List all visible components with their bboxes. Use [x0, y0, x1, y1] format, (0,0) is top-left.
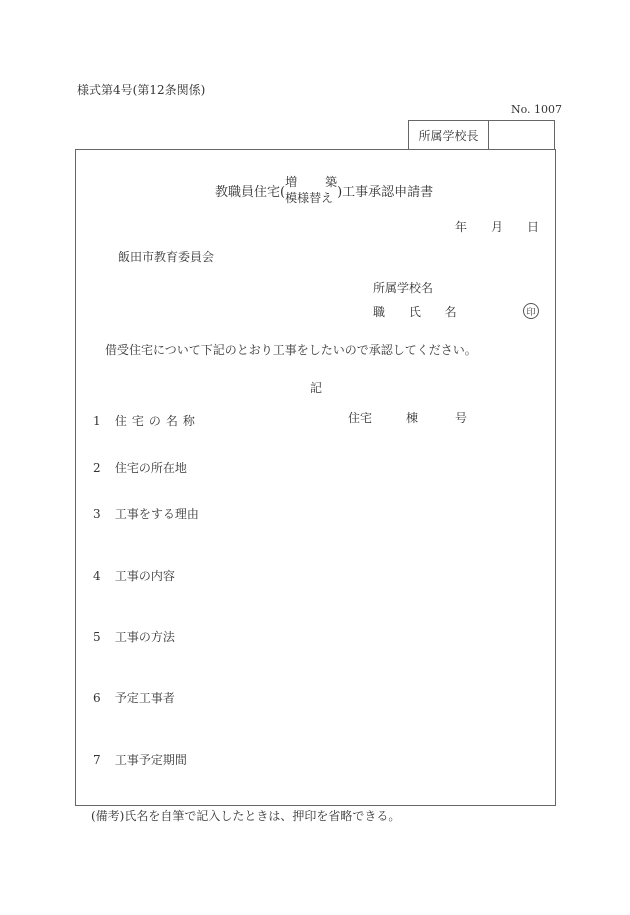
item-planned-contractor: 6 予定工事者	[93, 689, 175, 706]
document-number: No. 1007	[511, 104, 562, 115]
date-row: 年 月 日	[455, 221, 539, 233]
item-construction-reason: 3 工事をする理由	[93, 505, 199, 522]
item-house-name: 1 住宅の名称	[93, 412, 200, 429]
title-option-moyougae: 模様替え	[285, 190, 337, 206]
field-mune: 棟	[406, 412, 418, 424]
title-options: 増 築 模様替え	[285, 174, 337, 206]
approval-box: 所属学校長	[408, 120, 555, 149]
footnote: (備考)氏名を自筆で記入したときは、押印を省略できる。	[91, 810, 400, 822]
field-gou: 号	[455, 412, 467, 424]
field-jutaku: 住宅	[348, 412, 372, 424]
request-text: 借受住宅について下記のとおり工事をしたいので承認してください。	[105, 344, 477, 356]
title-suffix: )工事承認申請書	[337, 181, 433, 200]
title-prefix: 教職員住宅(	[215, 181, 285, 200]
ki-heading: 記	[310, 382, 322, 394]
title-option-chiku: 築	[325, 174, 337, 190]
seal-mark-icon: 印	[523, 303, 539, 319]
item-construction-details: 4 工事の内容	[93, 567, 175, 584]
addressee: 飯田市教育委員会	[118, 251, 214, 263]
house-name-fields: 住宅 棟 号	[348, 412, 467, 424]
item-house-location: 2 住宅の所在地	[93, 459, 187, 476]
day-label: 日	[527, 221, 539, 233]
applicant-name-label: 職 氏 名	[373, 306, 467, 318]
principal-label: 所属学校長	[409, 121, 489, 149]
school-name-label: 所属学校名	[373, 282, 433, 294]
item-construction-period: 7 工事予定期間	[93, 751, 187, 768]
month-label: 月	[491, 221, 503, 233]
principal-stamp-field[interactable]	[489, 121, 554, 149]
year-label: 年	[455, 221, 467, 233]
form-body	[75, 149, 556, 806]
item-construction-method: 5 工事の方法	[93, 628, 175, 645]
document-title: 教職員住宅( 増 築 模様替え )工事承認申請書	[215, 172, 433, 208]
form-number: 様式第4号(第12条関係)	[77, 84, 205, 96]
title-option-zou: 増	[285, 174, 297, 190]
